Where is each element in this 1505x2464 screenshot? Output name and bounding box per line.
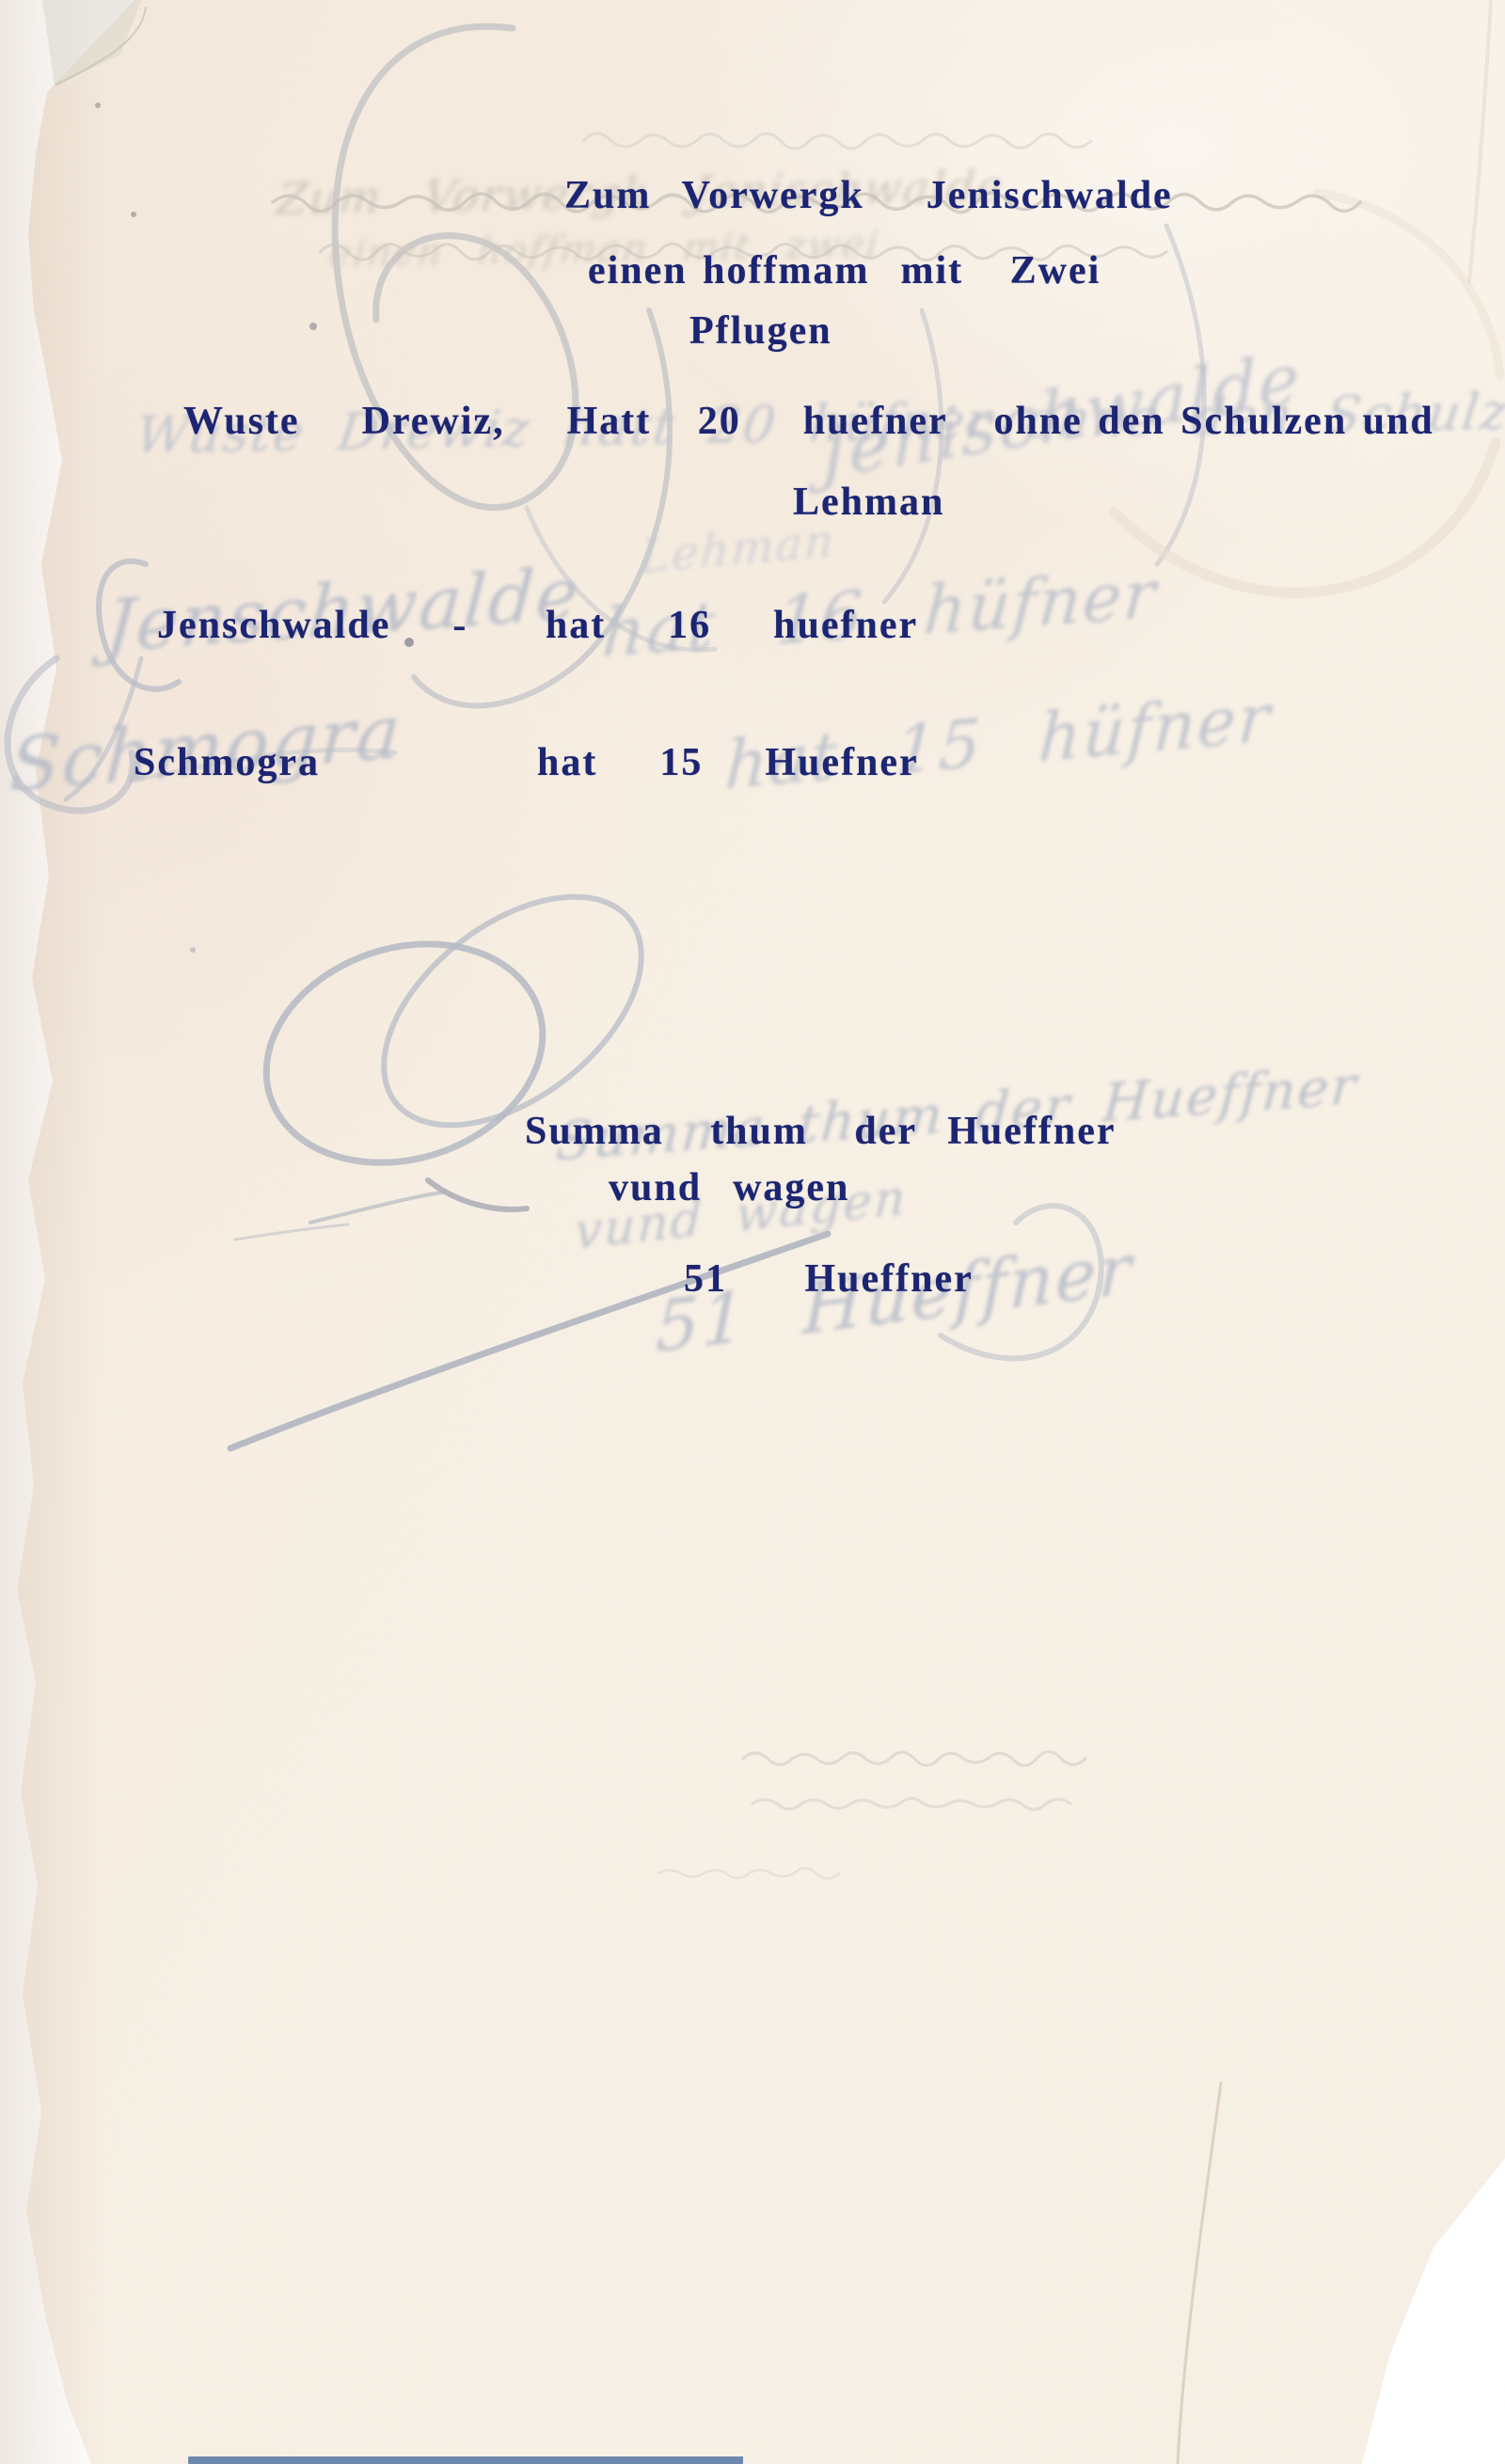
transcription-layer: Zum Vorwergk Jenischwaldeeinen hoffmam m… bbox=[0, 0, 1505, 2464]
transcription-line-4: Wuste Drewiz, Hatt 20 huefner ohne den S… bbox=[183, 402, 1434, 441]
transcription-line-5: Lehman bbox=[793, 482, 944, 522]
scanner-edge-strip bbox=[188, 2456, 743, 2464]
transcription-line-3: Pflugen bbox=[689, 311, 832, 351]
transcription-line-8: Summa thum der Hueffner bbox=[525, 1112, 1117, 1151]
transcription-line-2: einen hoffmam mit Zwei bbox=[588, 251, 1101, 291]
transcription-line-7: Schmogra hat 15 Huefner bbox=[134, 743, 919, 782]
transcription-line-6: Jenschwalde - hat 16 huefner bbox=[157, 606, 918, 645]
transcription-line-10: 51 Hueffner bbox=[684, 1259, 974, 1299]
transcription-line-1: Zum Vorwergk Jenischwalde bbox=[564, 176, 1173, 215]
scanned-document-page: Zum Vorwergk Jenischwaldeeinen hoffman m… bbox=[0, 0, 1505, 2464]
transcription-line-9: vund wagen bbox=[609, 1168, 849, 1208]
